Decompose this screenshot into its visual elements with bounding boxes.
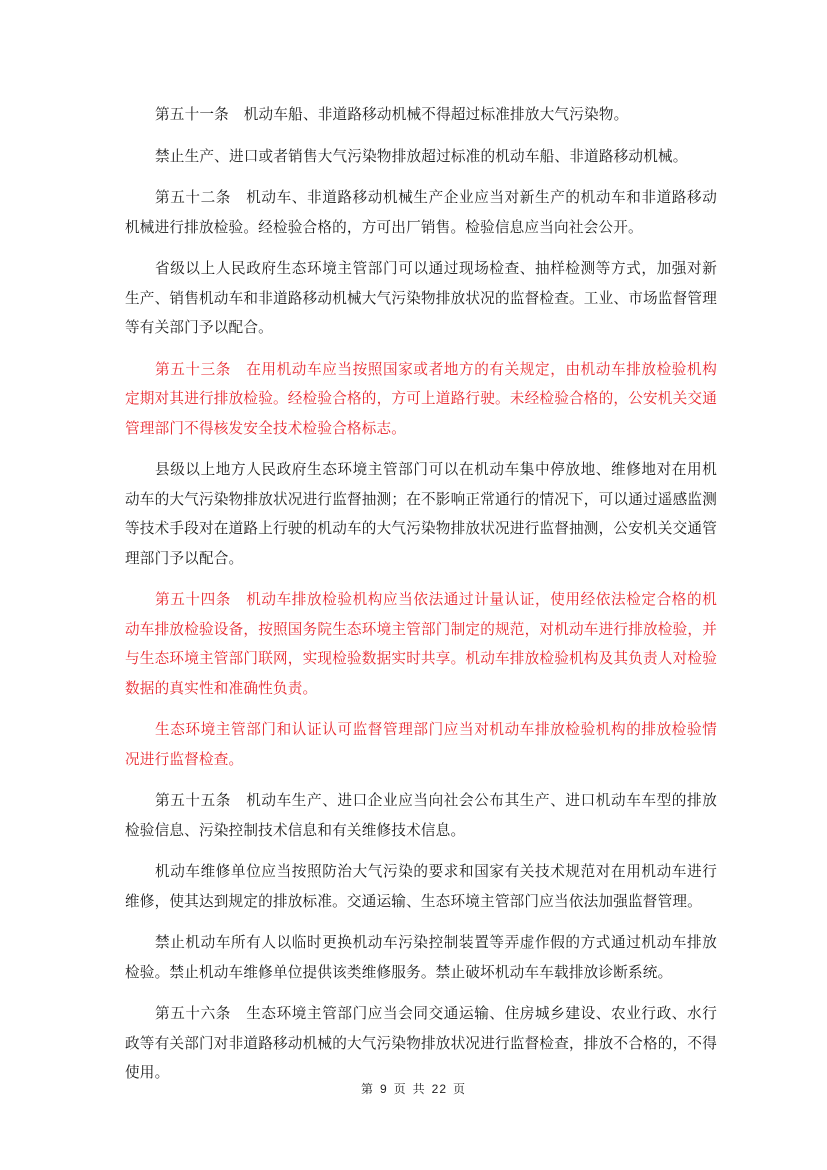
paragraph-article-53-highlighted: 第五十三条 在用机动车应当按照国家或者地方的有关规定，由机动车排放检验机构定期对… — [125, 355, 717, 444]
paragraph-article-56: 第五十六条 生态环境主管部门应当会同交通运输、住房城乡建设、农业行政、水行政等有… — [125, 999, 717, 1088]
paragraph-article-51-clause-2: 禁止生产、进口或者销售大气污染物排放超过标准的机动车船、非道路移动机械。 — [125, 142, 717, 172]
paragraph-article-55: 第五十五条 机动车生产、进口企业应当向社会公布其生产、进口机动车车型的排放检验信… — [125, 786, 717, 845]
paragraph-article-54-clause-2-highlighted: 生态环境主管部门和认证认可监督管理部门应当对机动车排放检验机构的排放检验情况进行… — [125, 715, 717, 774]
footer-prefix: 第 — [361, 1082, 374, 1096]
document-body: 第五十一条 机动车船、非道路移动机械不得超过标准排放大气污染物。 禁止生产、进口… — [125, 100, 717, 1100]
footer-page-word: 页 — [394, 1082, 407, 1096]
total-pages-number: 22 — [432, 1082, 447, 1096]
footer-total-prefix: 共 — [413, 1082, 426, 1096]
paragraph-article-52-clause-2: 省级以上人民政府生态环境主管部门可以通过现场检查、抽样检测等方式，加强对新生产、… — [125, 254, 717, 343]
paragraph-article-51: 第五十一条 机动车船、非道路移动机械不得超过标准排放大气污染物。 — [125, 100, 717, 130]
paragraph-article-52: 第五十二条 机动车、非道路移动机械生产企业应当对新生产的机动车和非道路移动机械进… — [125, 183, 717, 242]
paragraph-article-55-clause-3: 禁止机动车所有人以临时更换机动车污染控制装置等弄虚作假的方式通过机动车排放检验。… — [125, 928, 717, 987]
paragraph-article-53-clause-2: 县级以上地方人民政府生态环境主管部门可以在机动车集中停放地、维修地对在用机动车的… — [125, 455, 717, 573]
page-footer: 第9页共22页 — [0, 1080, 827, 1097]
paragraph-article-55-clause-2: 机动车维修单位应当按照防治大气污染的要求和国家有关技术规范对在用机动车进行维修，… — [125, 857, 717, 916]
current-page-number: 9 — [380, 1082, 388, 1096]
paragraph-article-54-highlighted: 第五十四条 机动车排放检验机构应当依法通过计量认证，使用经依法检定合格的机动车排… — [125, 585, 717, 703]
footer-total-suffix: 页 — [453, 1082, 466, 1096]
